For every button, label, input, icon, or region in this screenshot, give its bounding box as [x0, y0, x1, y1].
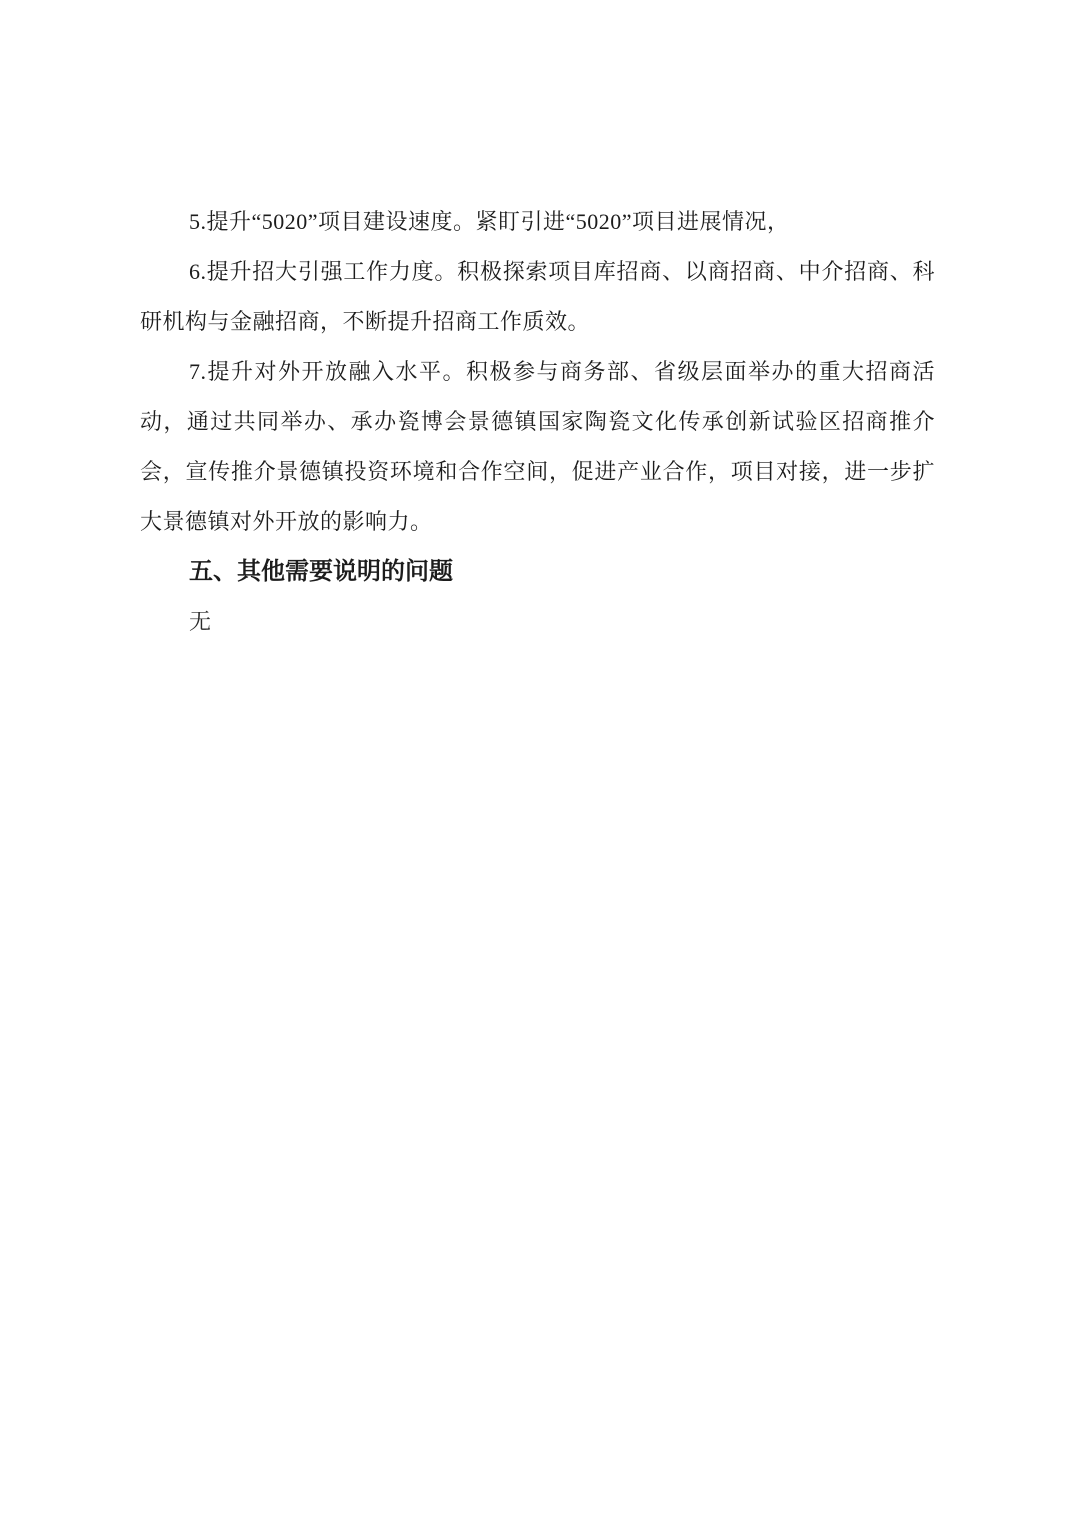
document-page: 5.提升“5020”项目建设速度。紧盯引进“5020”项目进展情况， 6.提升招…: [0, 0, 1074, 1520]
document-body: 5.提升“5020”项目建设速度。紧盯引进“5020”项目进展情况， 6.提升招…: [140, 197, 935, 647]
paragraph-item-6: 6.提升招大引强工作力度。积极探索项目库招商、以商招商、中介招商、科研机构与金融…: [140, 247, 935, 347]
closing-none-text: 无: [140, 597, 935, 647]
section-heading-five: 五、其他需要说明的问题: [140, 547, 935, 597]
paragraph-item-7: 7.提升对外开放融入水平。积极参与商务部、省级层面举办的重大招商活动，通过共同举…: [140, 347, 935, 547]
paragraph-item-5: 5.提升“5020”项目建设速度。紧盯引进“5020”项目进展情况，: [140, 197, 935, 247]
